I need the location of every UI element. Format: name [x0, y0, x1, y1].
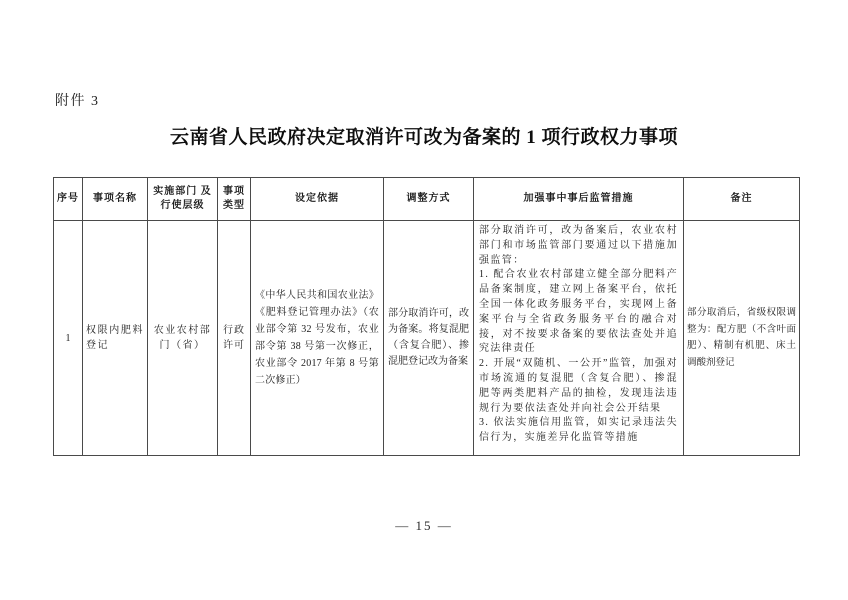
col-header-index: 序号: [54, 178, 83, 221]
attachment-label: 附件 3: [55, 90, 100, 110]
cell-legal-basis: 《中华人民共和国农业法》《肥料登记管理办法》（农业部令第 32 号发布，农业部令…: [251, 221, 384, 456]
col-header-department: 实施部门 及行使层级: [148, 178, 218, 221]
cell-index: 1: [54, 221, 83, 456]
page-number: — 15 —: [0, 518, 848, 534]
cell-item-name: 权限内肥料登记: [83, 221, 148, 456]
col-header-supervision: 加强事中事后监管措施: [474, 178, 684, 221]
cell-department: 农业农村部门（省）: [148, 221, 218, 456]
cell-adjustment: 部分取消许可，改为备案。将复混肥（含复合肥）、掺混肥登记改为备案: [384, 221, 474, 456]
col-header-remarks: 备注: [684, 178, 800, 221]
col-header-item-name: 事项名称: [83, 178, 148, 221]
table-row: 1 权限内肥料登记 农业农村部门（省） 行政许可 《中华人民共和国农业法》《肥料…: [54, 221, 800, 456]
page-title: 云南省人民政府决定取消许可改为备案的 1 项行政权力事项: [0, 122, 848, 149]
document-page: 附件 3 云南省人民政府决定取消许可改为备案的 1 项行政权力事项 序号 事项名…: [0, 0, 848, 600]
col-header-adjustment: 调整方式: [384, 178, 474, 221]
cell-item-type: 行政许可: [218, 221, 251, 456]
items-table: 序号 事项名称 实施部门 及行使层级 事项 类型 设定依据 调整方式 加强事中事…: [53, 177, 800, 456]
cell-remarks: 部分取消后，省级权限调整为：配方肥（不含叶面肥）、精制有机肥、床土调酸剂登记: [684, 221, 800, 456]
col-header-legal-basis: 设定依据: [251, 178, 384, 221]
cell-supervision: 部分取消许可，改为备案后，农业农村部门和市场监管部门要通过以下措施加强监管： 1…: [474, 221, 684, 456]
table-header-row: 序号 事项名称 实施部门 及行使层级 事项 类型 设定依据 调整方式 加强事中事…: [54, 178, 800, 221]
col-header-item-type: 事项 类型: [218, 178, 251, 221]
